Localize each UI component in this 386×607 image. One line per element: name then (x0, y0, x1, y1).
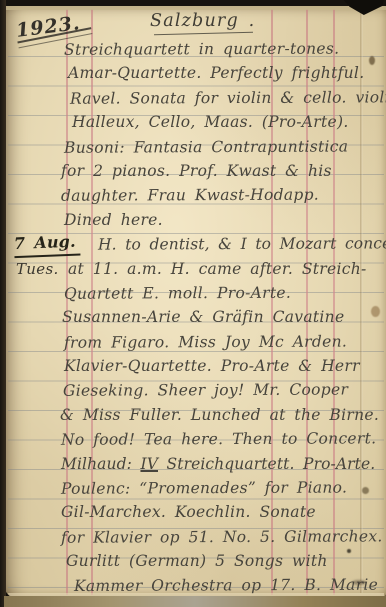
diary-photo: 1923. Salzburg . Streichquartett in quar… (0, 0, 386, 607)
handwritten-line: Klavier-Quartette. Pro-Arte & Herr (64, 354, 386, 378)
handwritten-line: Busoni: Fantasia Contrapuntistica (64, 134, 386, 160)
handwritten-line: Milhaud: IV Streichquartett. Pro-Arte. (61, 452, 386, 476)
line-text: Streichquartett. Pro-Arte. (158, 455, 375, 473)
handwritten-line: Gil-Marchex. Koechlin. Sonate (61, 500, 386, 524)
line-text: H. to dentist, & I to Mozart concert (98, 234, 386, 253)
ink-smudge (352, 580, 366, 585)
handwritten-line: Ravel. Sonata for violin & cello. violin (70, 85, 386, 111)
page-title: Salzburg . (150, 11, 255, 31)
handwritten-line: 7 Aug. H. to dentist, & I to Mozart conc… (64, 231, 386, 257)
paper-stain (371, 306, 380, 317)
line-text: at 11. a.m. H. came after. Streich- (68, 260, 367, 278)
handwritten-line: for Klavier op 51. No. 5. Gilmarchex. (61, 524, 386, 550)
handwritten-line: for 2 pianos. Prof. Kwast & his (61, 159, 386, 183)
handwritten-line: No food! Tea here. Then to Concert. (61, 426, 386, 452)
underlined-numeral: IV (140, 455, 158, 473)
handwritten-line: daughter. Frau Kwast-Hodapp. (61, 183, 386, 209)
binding-edge-left (0, 0, 6, 607)
page-stack-edge (4, 6, 386, 10)
paper-stain (362, 487, 369, 494)
handwritten-line: Susannen-Arie & Gräfin Cavatine (62, 305, 386, 329)
handwritten-line: & Miss Fuller. Lunched at the Birne. (60, 403, 386, 427)
handwritten-line: Poulenc: “Promenades” for Piano. (61, 475, 386, 501)
page-stack-bottom (4, 596, 386, 607)
handwritten-line: Dined here. (64, 208, 386, 232)
handwritten-line: from Figaro. Miss Joy Mc Arden. (64, 329, 386, 355)
handwritten-line: Quartett E. moll. Pro-Arte. (64, 280, 386, 306)
handwritten-line: Streichquartett in quarter-tones. (64, 36, 386, 62)
handwritten-line: Gieseking. Sheer joy! Mr. Cooper (63, 378, 386, 404)
handwritten-line: Halleux, Cello, Maas. (Pro-Arte). (72, 110, 386, 134)
handwritten-line: Amar-Quartette. Perfectly frightful. (68, 61, 386, 85)
line-text: Milhaud: (61, 455, 140, 473)
diary-entry-text: Streichquartett in quarter-tones. Amar-Q… (64, 37, 386, 598)
handwritten-line: Tues. at 11. a.m. H. came after. Streich… (68, 257, 386, 281)
ink-speck (347, 549, 351, 553)
handwritten-line: Gurlitt (German) 5 Songs with (66, 549, 386, 573)
ink-speck (369, 56, 375, 65)
margin-date: 7 Aug. (14, 230, 81, 259)
margin-weekday: Tues. (16, 257, 59, 281)
